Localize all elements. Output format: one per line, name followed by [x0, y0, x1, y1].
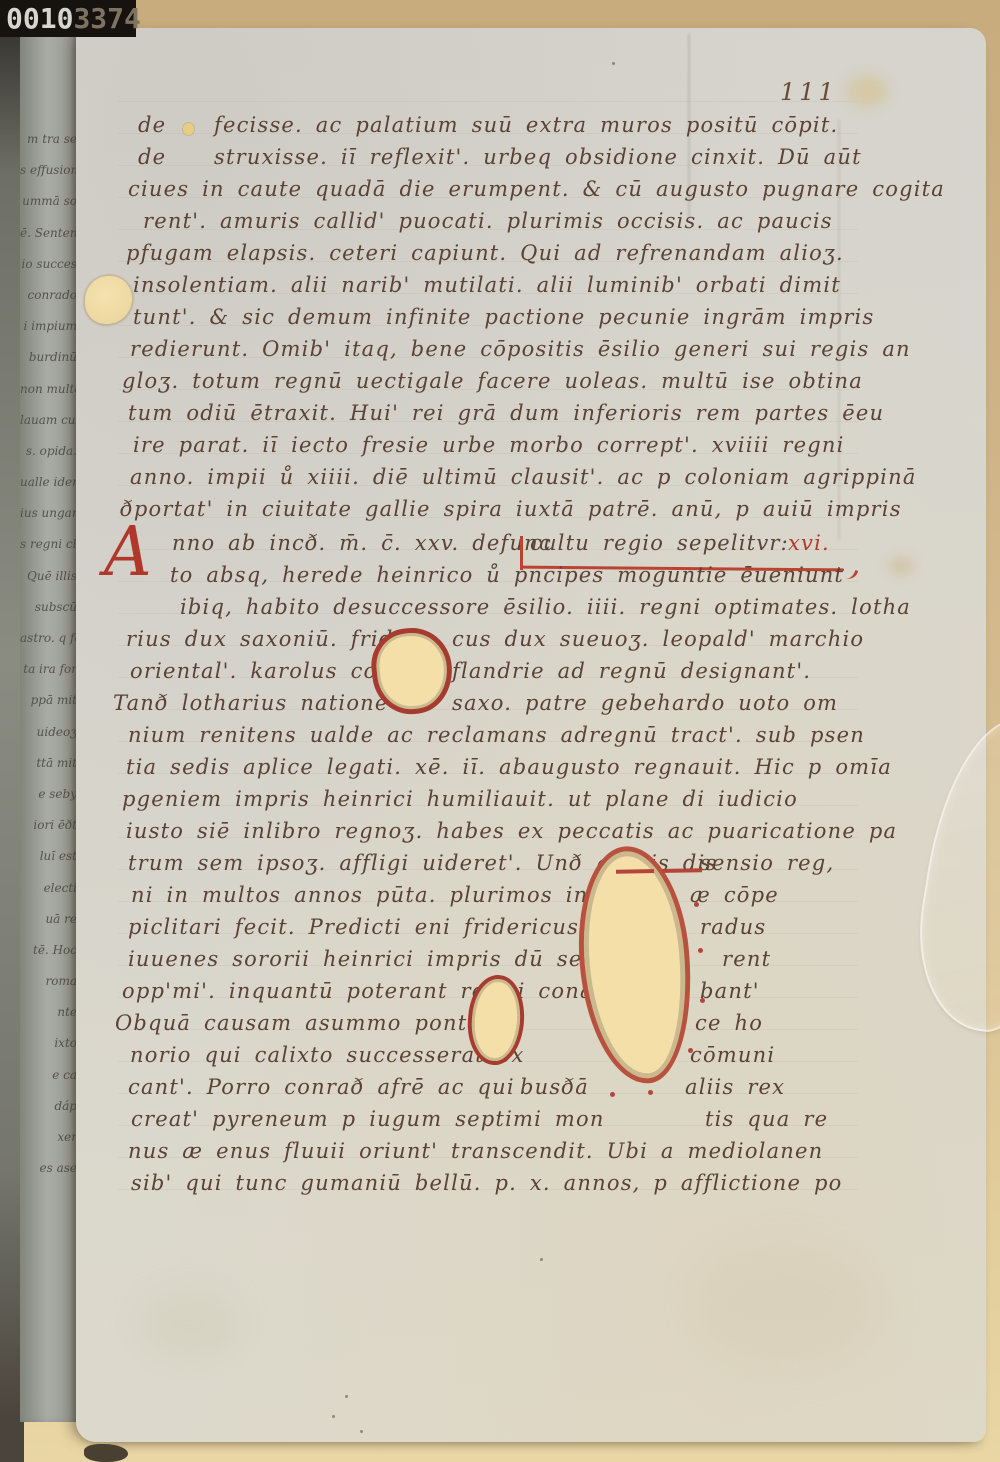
- text-line: gloʒ. totum regnū uectigale facere uolea…: [122, 371, 863, 392]
- text-line: bant': [700, 981, 760, 1002]
- text-line: tis qua re: [705, 1109, 828, 1130]
- speck: [345, 1395, 348, 1398]
- previous-folio-edge: m tra ses effusioneummā soē. Sententio s…: [20, 30, 80, 1422]
- text-line: tum odiū ētraxit. Hui' rei grā dum infer…: [128, 403, 884, 424]
- stain: [690, 1240, 880, 1370]
- text-line: to absq, herede heinrico ů pncipes mogun…: [170, 565, 844, 586]
- margin-fragment: m tra se: [20, 132, 77, 163]
- speck: [360, 1430, 363, 1433]
- digitized-manuscript-photo: m tra ses effusioneummā soē. Sententio s…: [0, 0, 1000, 1462]
- margin-fragment: e seby: [20, 787, 77, 818]
- red-dot: [688, 1048, 693, 1053]
- text-line: fecisse. ac palatium suū extra muros pos…: [214, 115, 838, 136]
- margin-fragment: Quē illis: [20, 569, 77, 600]
- margin-fragment: electi: [20, 881, 77, 912]
- text-line: rent'. amuris callid' puocati. plurimis …: [143, 211, 833, 232]
- text-line: nium renitens ualde ac reclamans adregnū…: [128, 725, 865, 746]
- red-dot: [610, 1092, 615, 1097]
- text-line: struxisse. iī reflexit'. urbeq obsidione…: [214, 147, 862, 168]
- text-line: redierunt. Omib' itaq, bene cōpositis ēs…: [130, 339, 911, 360]
- margin-fragment: ppā mit: [20, 693, 77, 724]
- margin-fragment: s regni clan: [20, 537, 77, 568]
- text-line: Tanð lotharius natione: [113, 693, 389, 714]
- text-line: tunt'. & sic demum infinite pactione pec…: [133, 307, 874, 328]
- margin-fragment: ttā mit: [20, 756, 77, 787]
- margin-fragment: ixto: [20, 1036, 77, 1067]
- margin-fragment: conrado: [20, 288, 77, 319]
- text-line: opp'mi'. inquantū poterant reniti cona: [122, 981, 594, 1002]
- margin-fragment: astro. q for: [20, 631, 77, 662]
- shelfmark-prefix: 0010: [6, 2, 73, 35]
- text-line: busðā: [520, 1077, 589, 1098]
- margin-fragment: ē. Sentent: [20, 226, 77, 257]
- red-dot: [648, 1090, 653, 1095]
- text-line: iuuenes sororii heinrici impris dū se ui…: [128, 949, 632, 970]
- text-line: tia sedis aplice legati. xē. iī. abaugus…: [126, 757, 892, 778]
- rubric-numeral: xvi.: [788, 533, 830, 554]
- text-line: saxo. patre gebehardo uoto om: [452, 693, 838, 714]
- margin-fragment: burdinū: [20, 350, 77, 381]
- margin-fragment: nte: [20, 1005, 77, 1036]
- speck: [540, 1258, 543, 1261]
- margin-fragment: iori ēðt: [20, 818, 77, 849]
- stain: [888, 556, 914, 576]
- text-line: sib' qui tunc gumaniū bellū. p. x. annos…: [131, 1173, 843, 1194]
- text-line: nno ab incð. m̄. c̄. xxv. defunc: [172, 533, 552, 554]
- text-line: anno. impii ů xiiii. diē ultimū clausit'…: [130, 467, 917, 488]
- margin-fragment: e ca: [20, 1068, 77, 1099]
- shelfmark-suffix: 3374: [73, 2, 140, 35]
- speck: [612, 62, 615, 65]
- text-line: rent: [722, 949, 771, 970]
- margin-fragment: io succes: [20, 257, 77, 288]
- margin-fragment: lauam cus: [20, 413, 77, 444]
- margin-fragment: s effusione: [20, 163, 77, 194]
- red-dot: [694, 902, 699, 907]
- text-line: ciues in caute quadā die erumpent. & cū …: [128, 179, 945, 200]
- margin-fragment: s. opida.: [20, 444, 77, 475]
- text-line: flandrie ad regnū designant'.: [452, 661, 811, 682]
- drop-cap-initial: A: [104, 518, 152, 587]
- rubric-text: cultu regio sepelitvr:: [530, 533, 789, 554]
- text-line: iusto siē inlibro regnoʒ. habes ex pecca…: [126, 821, 897, 842]
- text-line: sensio reg,: [700, 853, 834, 874]
- stain: [140, 1290, 240, 1360]
- wax-dot: [183, 123, 194, 135]
- margin-fragment: i impium: [20, 319, 77, 350]
- margin-fragments-column: m tra ses effusioneummā soē. Sententio s…: [20, 132, 77, 1192]
- margin-fragment: ummā so: [20, 194, 77, 225]
- margin-fragment: uā re: [20, 912, 77, 943]
- text-line: cus dux sueuoʒ. leopald' marchio: [452, 629, 864, 650]
- margin-fragment: luī est: [20, 849, 77, 880]
- margin-fragment: subscū: [20, 600, 77, 631]
- text-line: cōmuni: [690, 1045, 775, 1066]
- margin-fragment: ualle iden: [20, 475, 77, 506]
- margin-fragment: xer: [20, 1130, 77, 1161]
- text-line: cant'. Porro conrað afrē ac qui: [128, 1077, 515, 1098]
- text-line: radus: [700, 917, 766, 938]
- margin-fragment: ta ira for: [20, 662, 77, 693]
- text-line: pgeniem impris heinrici humiliauit. ut p…: [122, 789, 798, 810]
- text-line: pfugam elapsis. ceteri capiunt. Qui ad r…: [126, 243, 844, 264]
- text-line: creat' pyreneum p iugum septimi mon: [131, 1109, 605, 1130]
- margin-fragment: non multo: [20, 382, 77, 413]
- board-shadow: [84, 1444, 128, 1462]
- text-line: æ cōpe: [690, 885, 779, 906]
- text-line: ðportat' in ciuitate gallie spira iuxtā …: [120, 499, 902, 520]
- speck: [332, 1415, 335, 1418]
- text-line: norio qui calixto successerat ex: [130, 1045, 525, 1066]
- folio-number: 111: [780, 78, 838, 106]
- text-line: insolentiam. alii narib' mutilati. alii …: [133, 275, 841, 296]
- catchword: de: [138, 147, 166, 168]
- text-line: Obquā causam asummo pontifi: [115, 1013, 492, 1034]
- shelfmark-number: 00103374: [6, 2, 141, 35]
- text-line: ni in multos annos pūta. plurimos inaīā: [131, 885, 624, 906]
- margin-fragment: roma: [20, 974, 77, 1005]
- stain: [846, 76, 888, 106]
- red-dot: [700, 998, 705, 1003]
- text-line: nus æ enus fluuii oriunt' transcendit. U…: [128, 1141, 823, 1162]
- red-dot: [698, 948, 703, 953]
- text-line: ce ho: [695, 1013, 763, 1034]
- catchword: de: [138, 115, 166, 136]
- margin-fragment: uideoʒ: [20, 725, 77, 756]
- margin-fragment: ius ungaroʒ: [20, 506, 77, 537]
- margin-fragment: tē. Hoc: [20, 943, 77, 974]
- margin-fragment: dáp: [20, 1099, 77, 1130]
- text-line: ire parat. iī iecto fresie urbe morbo co…: [133, 435, 845, 456]
- text-line: aliis rex: [685, 1077, 785, 1098]
- text-line: ibiq, habito desuccessore ēsilio. iiii. …: [180, 597, 911, 618]
- margin-fragment: es ase: [20, 1161, 77, 1192]
